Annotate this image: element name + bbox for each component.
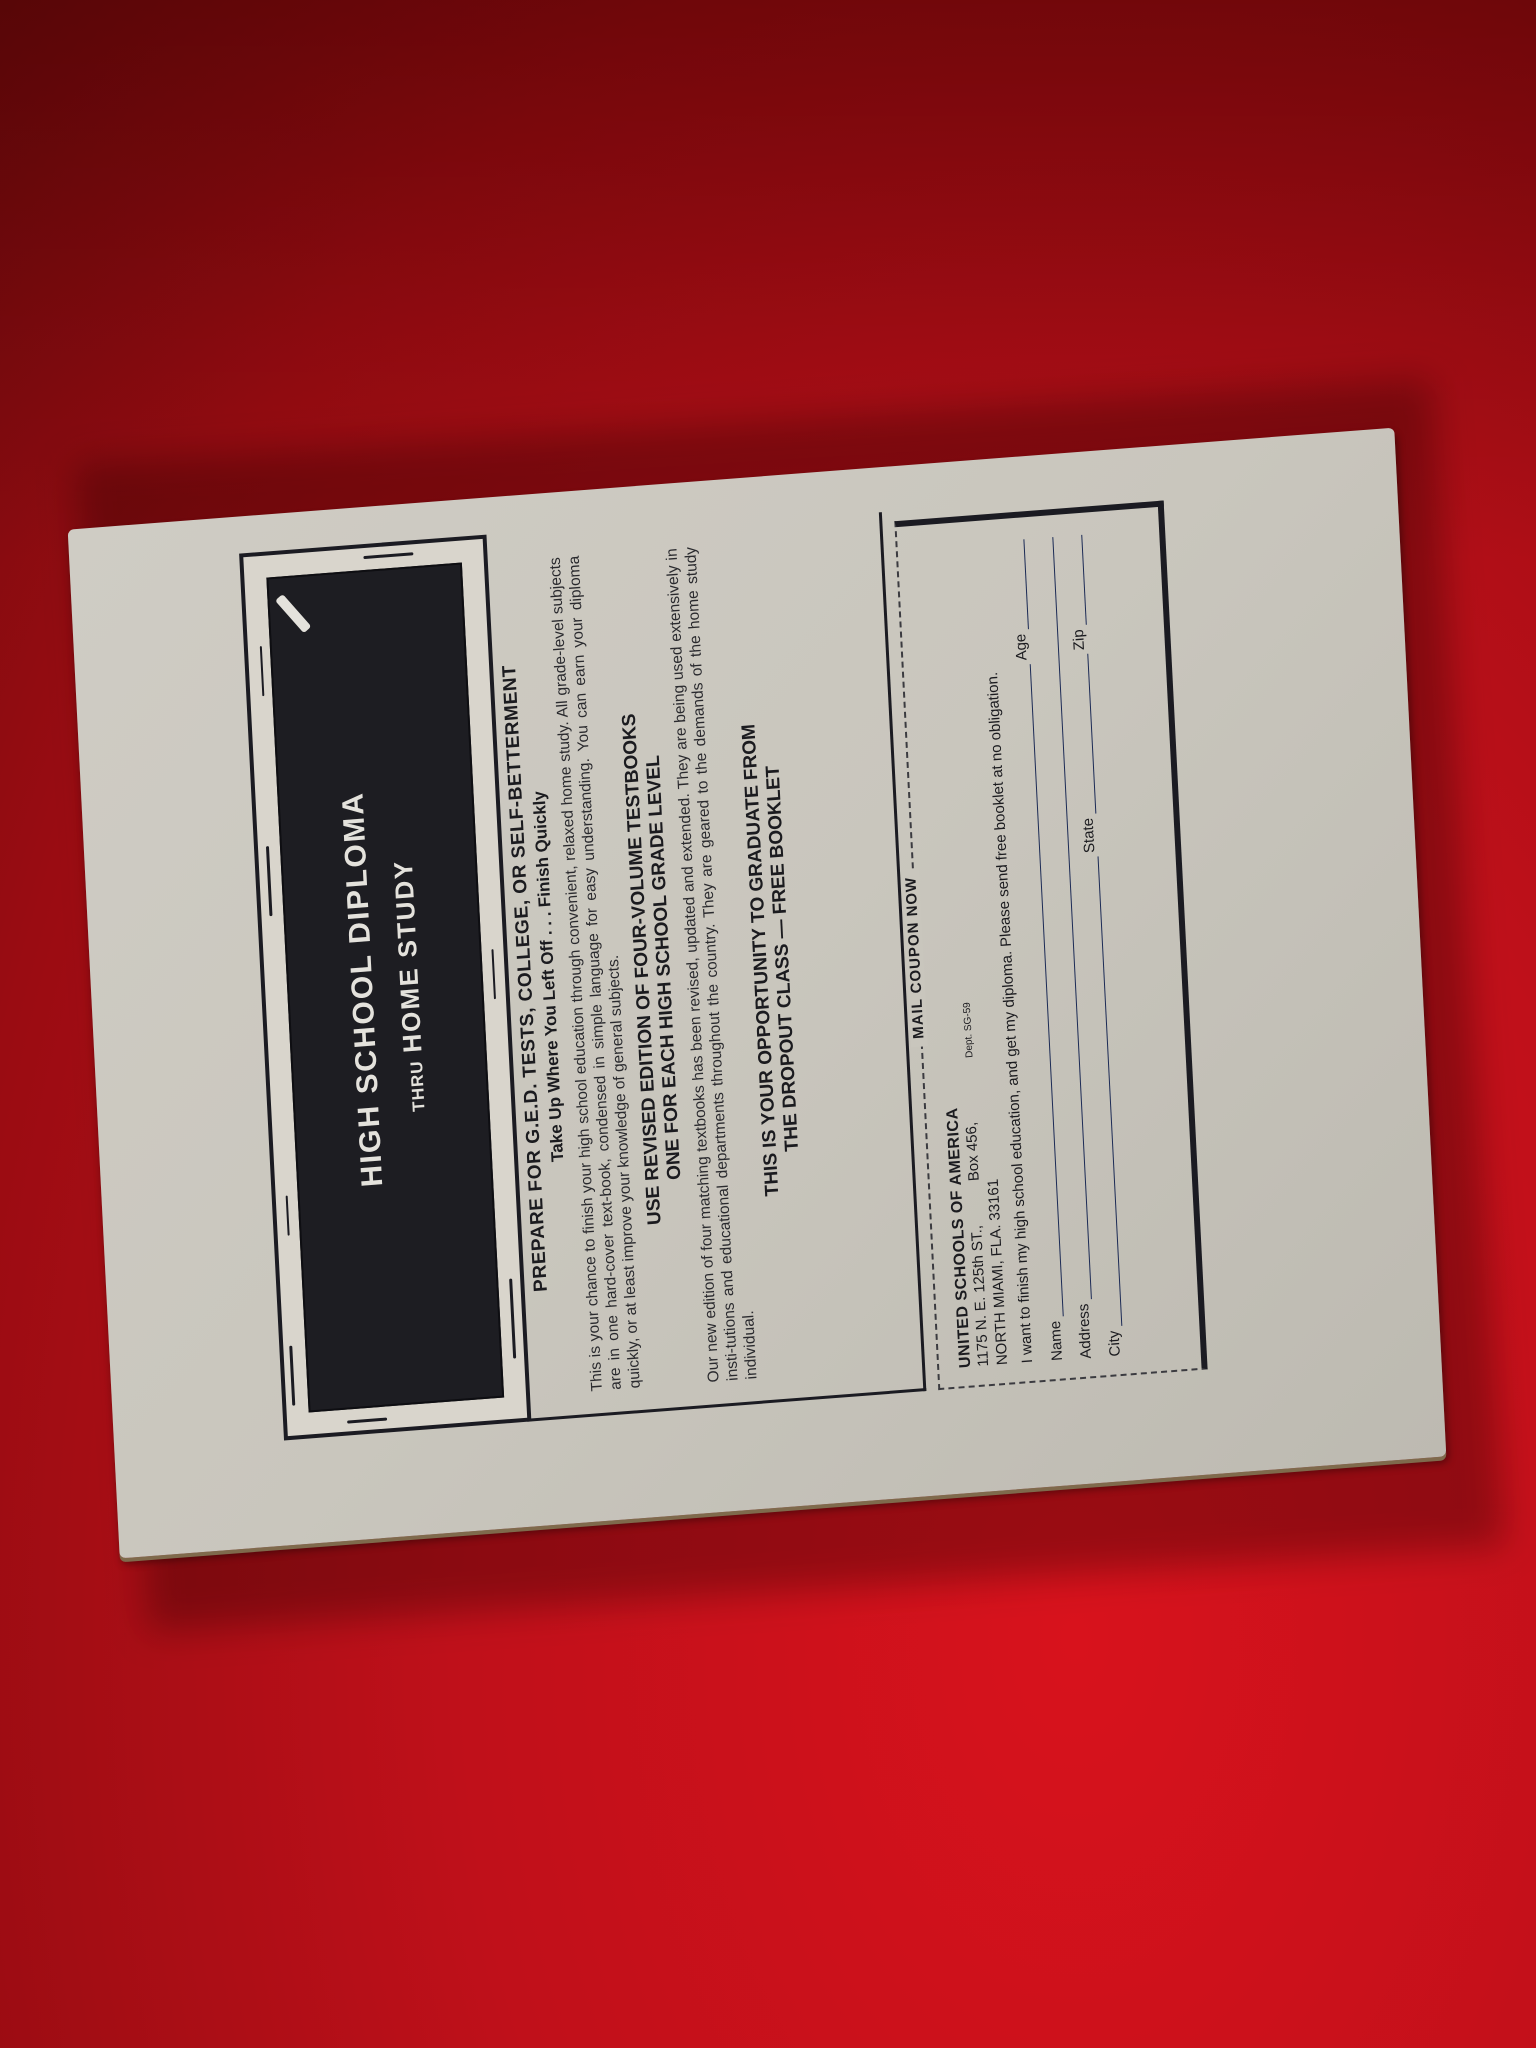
dept-code: Dept. SG-59 — [962, 1002, 976, 1058]
state-label: State — [1080, 817, 1099, 853]
state-field[interactable] — [1073, 654, 1096, 815]
banner-title: HIGH SCHOOL DIPLOMA — [336, 790, 390, 1188]
zip-field[interactable] — [1067, 535, 1087, 626]
chalkboard: HIGH SCHOOL DIPLOMA THRUHOME STUDY — [266, 563, 504, 1413]
mail-coupon[interactable]: MAIL COUPON NOW UNITED SCHOOLS OF AMERIC… — [894, 501, 1207, 1391]
ad-body: PREPARE FOR G.E.D. TESTS, COLLEGE, OR SE… — [483, 512, 926, 1422]
zip-label: Zip — [1070, 629, 1088, 651]
age-label: Age — [1012, 633, 1030, 661]
banner-subtitle: THRUHOME STUDY — [387, 858, 431, 1113]
chalkboard-banner: HIGH SCHOOL DIPLOMA THRUHOME STUDY — [239, 535, 531, 1441]
age-field[interactable] — [1009, 539, 1029, 630]
name-label: Name — [1047, 1320, 1066, 1361]
chalk-icon — [275, 594, 311, 633]
advertisement: HIGH SCHOOL DIPLOMA THRUHOME STUDY PREPA… — [238, 469, 1222, 1460]
address-label: Address — [1075, 1303, 1095, 1359]
city-label: City — [1106, 1330, 1124, 1357]
magazine-back-cover: HIGH SCHOOL DIPLOMA THRUHOME STUDY PREPA… — [68, 428, 1447, 1559]
